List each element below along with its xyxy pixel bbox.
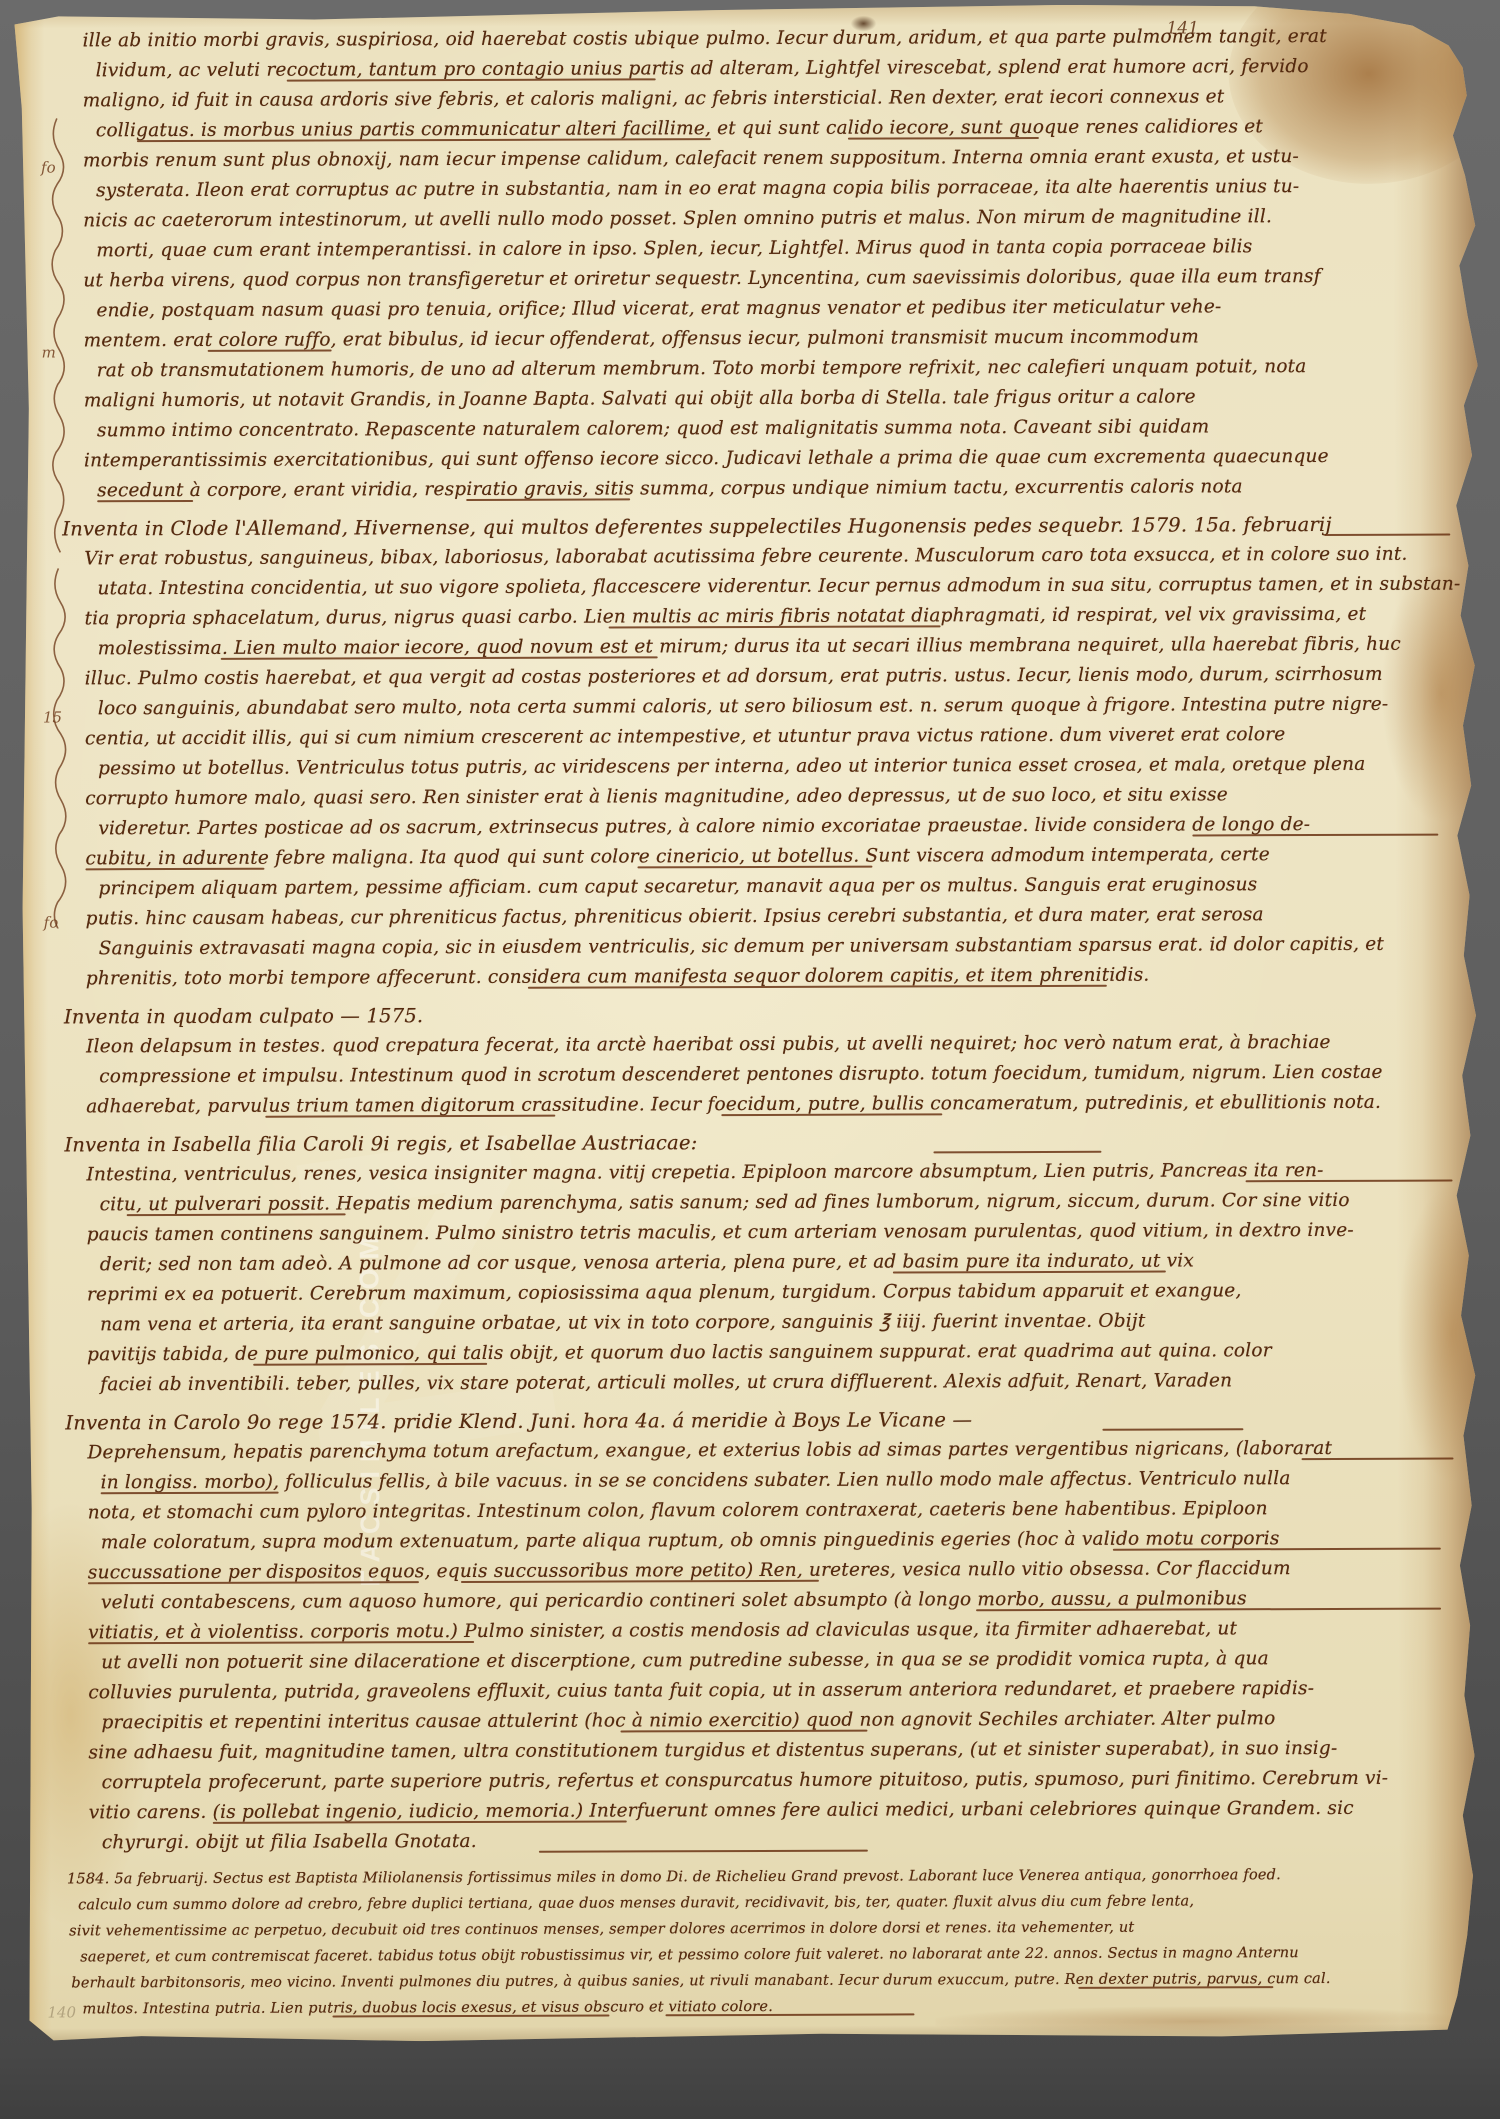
text-line: loco sanguinis, abundabat sero multo, no… xyxy=(98,690,1465,725)
margin-mark: 15 xyxy=(43,708,62,726)
ink-underline xyxy=(97,500,193,502)
text-line: nicis ac caeterorum intestinorum, ut ave… xyxy=(83,202,1463,237)
text-line: secedunt à corpore, erant viridia, respi… xyxy=(97,472,1464,507)
ink-underline xyxy=(88,1641,474,1644)
text-line: derit; sed non tam adeò. A pulmone ad co… xyxy=(100,1245,1467,1280)
text-line: ut avelli non potuerit sine dilaceration… xyxy=(101,1643,1468,1678)
text-line: lividum, ac veluti recoctum, tantum pro … xyxy=(96,52,1463,87)
text-line: illuc. Pulmo costis haerebat, et qua ver… xyxy=(85,660,1465,695)
text-line: centia, ut accidit illis, qui si cum nim… xyxy=(85,720,1465,755)
ink-underline xyxy=(1324,534,1450,536)
ink-underline xyxy=(1103,1428,1243,1430)
section-clode-allemand: Inventa in Clode l'Allemand, Hivernense,… xyxy=(62,510,1466,995)
ink-underline xyxy=(208,349,332,351)
ink-underline xyxy=(466,498,630,501)
text-line: colligatus. is morbus unius partis commu… xyxy=(96,112,1463,147)
text-line: videretur. Partes posticae ad os sacrum,… xyxy=(98,810,1465,845)
section-quodam-culpato: Inventa in quodam culpato — 1575.Ileon d… xyxy=(64,998,1466,1123)
section-heading: Inventa in Carolo 9o rege 1574. pridie K… xyxy=(65,1403,1467,1438)
ink-underline xyxy=(721,1113,942,1116)
ink-underline xyxy=(1192,834,1438,837)
text-line: male coloratum, supra modum extenuatum, … xyxy=(101,1523,1468,1558)
ink-underline xyxy=(1246,1180,1453,1183)
ink-underline xyxy=(976,1608,1441,1612)
text-line: vitio carens. (is pollebat ingenio, iudi… xyxy=(89,1793,1469,1828)
ink-underline xyxy=(213,1820,627,1823)
section-baptista-1584: 1584. 5a februarij. Sectus est Baptista … xyxy=(67,1861,1470,2022)
left-edge-shading xyxy=(14,8,51,2044)
section-heading: Inventa in Clode l'Allemand, Hivernense,… xyxy=(62,510,1464,545)
margin-mark: fo xyxy=(44,913,59,931)
manuscript-text: ille ab initio morbi gravis, suspiriosa,… xyxy=(61,22,1470,2023)
text-line: sine adhaesu fuit, magnitudine tamen, ul… xyxy=(88,1733,1468,1768)
margin-mark: fo xyxy=(41,158,56,176)
ink-underline xyxy=(1112,1548,1440,1551)
text-line: Vir erat robustus, sanguineus, bibax, la… xyxy=(84,540,1464,575)
ink-underline xyxy=(461,1580,820,1583)
text-line: Ileon delapsum in testes. quod crepatura… xyxy=(86,1028,1466,1063)
ink-underline xyxy=(287,78,656,81)
ink-underline xyxy=(101,1492,279,1495)
text-line: ille ab initio morbi gravis, suspiriosa,… xyxy=(83,22,1463,57)
ink-underline xyxy=(665,2013,915,2016)
ink-underline xyxy=(934,1151,1102,1154)
bottom-edge-shading xyxy=(22,2023,1486,2044)
text-line: principem aliquam partem, pessime affici… xyxy=(98,870,1465,905)
text-line: nota, et stomachi cum pyloro integritas.… xyxy=(88,1493,1468,1528)
text-line: rat ob transmutationem humoris, de uno a… xyxy=(97,352,1464,387)
section-heading: Inventa in Isabella filia Caroli 9i regi… xyxy=(64,1126,1466,1161)
text-line: ut herba virens, quod corpus non transfi… xyxy=(83,262,1463,297)
ink-underline xyxy=(332,2014,609,2017)
ink-underline xyxy=(127,1213,346,1216)
text-line: corrupto humore malo, quasi sero. Ren si… xyxy=(85,780,1465,815)
text-line: reprimi ex ea potuerit. Cerebrum maximum… xyxy=(87,1275,1467,1310)
text-line: veluti contabescens, cum aquoso humore, … xyxy=(101,1583,1468,1618)
text-line: Deprehensum, hepatis parenchyma totum ar… xyxy=(87,1433,1467,1468)
text-line: praecipitis et repentini interitus causa… xyxy=(101,1703,1468,1738)
text-line: corruptela profecerunt, parte superiore … xyxy=(102,1763,1469,1798)
ink-underline xyxy=(637,866,872,869)
text-line: faciei ab inventibili. teber, pulles, vi… xyxy=(100,1365,1467,1400)
ink-underline xyxy=(253,1363,488,1366)
text-line: systerata. Ileon erat corruptus ac putre… xyxy=(96,172,1463,207)
text-line: vitiatis, et à violentiss. corporis motu… xyxy=(88,1613,1468,1648)
text-line: compressione et impulsu. Intestinum quod… xyxy=(99,1058,1466,1093)
text-line: adhaerebat, parvulus trium tamen digitor… xyxy=(86,1088,1466,1123)
ink-underline xyxy=(609,625,940,628)
text-line: intemperantissimis exercitationibus, qui… xyxy=(84,442,1464,477)
text-line: citu, ut pulverari possit. Hepatis mediu… xyxy=(100,1185,1467,1220)
text-line: pavitijs tabida, de pure pulmonico, qui … xyxy=(87,1335,1467,1370)
opening-paragraph: ille ab initio morbi gravis, suspiriosa,… xyxy=(61,22,1465,507)
text-line: maligni humoris, ut notavit Grandis, in … xyxy=(84,382,1464,417)
text-line: morti, quae cum erant intemperantissi. i… xyxy=(96,232,1463,267)
ink-underline xyxy=(893,1271,1166,1274)
text-line: maligno, id fuit in causa ardoris sive f… xyxy=(83,82,1463,117)
text-line: summo intimo concentrato. Repascente nat… xyxy=(97,412,1464,447)
ink-underline xyxy=(266,1115,556,1118)
text-line: paucis tamen continens sanguinem. Pulmo … xyxy=(87,1215,1467,1250)
text-line: endie, postquam nasum quasi pro tenuia, … xyxy=(96,292,1463,327)
ink-underline xyxy=(621,1730,867,1733)
text-line: colluvies purulenta, putrida, graveolens… xyxy=(88,1673,1468,1708)
text-line: Intestina, ventriculus, renes, vesica in… xyxy=(86,1155,1466,1190)
ink-underline xyxy=(539,1850,867,1853)
manuscript-page: Z FACSIMILES.COM 141 ille ab initio morb… xyxy=(14,3,1485,2044)
section-heading: Inventa in quodam culpato — 1575. xyxy=(64,998,1466,1033)
text-line: tia propria sphacelatum, durus, nigrus q… xyxy=(85,600,1465,635)
text-line: putis. hinc causam habeas, cur phrenitic… xyxy=(86,900,1466,935)
text-line: chyrurgi. obijt ut filia Isabella Gnotat… xyxy=(102,1823,1469,1858)
text-line: molestissima. Lien multo maior iecore, q… xyxy=(98,630,1465,665)
ink-underline xyxy=(88,1581,419,1584)
section-carolo-rege: Inventa in Carolo 9o rege 1574. pridie K… xyxy=(65,1403,1469,1858)
text-line: nam vena et arteria, ita erant sanguine … xyxy=(100,1305,1467,1340)
ink-underline xyxy=(848,137,1039,140)
ink-underline xyxy=(85,868,264,871)
text-line: pessimo ut botellus. Ventriculus totus p… xyxy=(98,750,1465,785)
screenshot-background: { "document": { "folio_number": "141", "… xyxy=(0,0,1500,2119)
margin-marks: fom15fo140 xyxy=(14,3,1478,8)
section-isabella: Inventa in Isabella filia Caroli 9i regi… xyxy=(64,1126,1467,1401)
text-line: utata. Intestina concidentia, ut suo vig… xyxy=(97,570,1464,605)
text-line: multos. Intestina putria. Lien putris, d… xyxy=(82,1991,1469,2022)
text-line: morbis renum sunt plus obnoxij, nam iecu… xyxy=(83,142,1463,177)
text-line: cubitu, in adurente febre maligna. Ita q… xyxy=(85,840,1465,875)
ink-underline xyxy=(1302,1458,1454,1461)
text-line: in longiss. morbo), folliculus fellis, à… xyxy=(101,1463,1468,1498)
text-line: phrenitis, toto morbi tempore affecerunt… xyxy=(86,960,1466,995)
text-line: Sanguinis extravasati magna copia, sic i… xyxy=(99,930,1466,965)
margin-mark: 140 xyxy=(47,2003,76,2021)
margin-mark: m xyxy=(42,343,56,361)
ink-underline xyxy=(221,656,658,660)
ink-underline xyxy=(1078,1986,1274,1989)
text-line: succussatione per dispositos equos, equi… xyxy=(88,1553,1468,1588)
text-line: mentem. erat colore ruffo, erat bibulus,… xyxy=(84,322,1464,357)
